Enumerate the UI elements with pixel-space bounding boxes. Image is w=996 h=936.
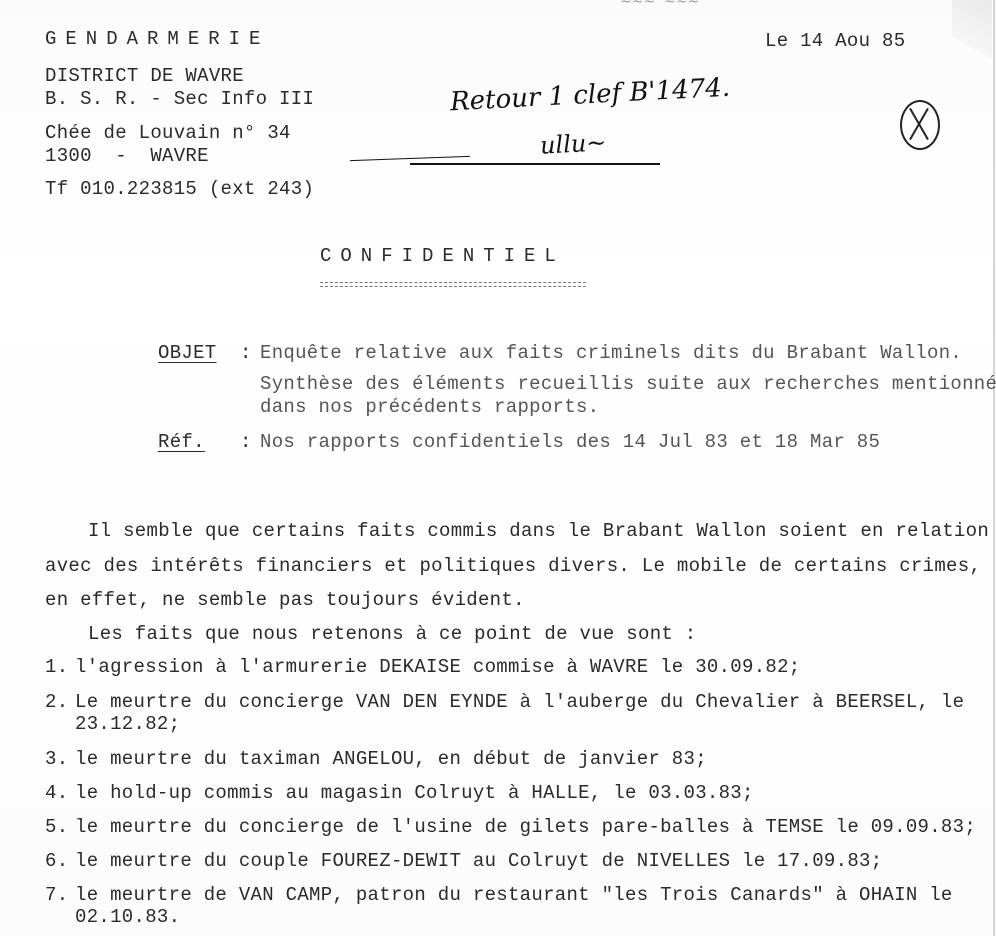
document-date: Le 14 Aou 85 [765,30,905,52]
ref-separator: : [240,431,252,453]
list-item-number: 3. [45,748,68,770]
circled-x-mark [900,100,940,150]
handwritten-note: Retour 1 clef B'1474. [449,73,730,118]
document-page: ~~~ ~~~ GENDARMERIE DISTRICT DE WAVRE B.… [0,0,996,936]
objet-line-1: Enquête relative aux faits criminels dit… [260,342,962,364]
classification-label: CONFIDENTIEL [320,245,565,267]
page-edge [993,0,995,936]
list-item-text: Le meurtre du concierge VAN DEN EYNDE à … [75,691,964,713]
list-item-number: 5. [45,816,68,838]
signature-stroke [350,156,470,161]
page-corner-fold [952,0,992,75]
list-item-text: l'agression à l'armurerie DEKAISE commis… [75,656,801,678]
pencil-note: ~~~ ~~~ [620,0,699,10]
address-city: 1300 - WAVRE [45,145,209,167]
ref-text: Nos rapports confidentiels des 14 Jul 83… [260,431,880,453]
objet-label: OBJET [158,342,217,364]
paragraph-1-line-2: avec des intérêts financiers et politiqu… [45,555,981,577]
unit-name: B. S. R. - Sec Info III [45,88,314,110]
district-name: DISTRICT DE WAVRE [45,65,244,87]
paragraph-1-line-1: Il semble que certains faits commis dans… [88,520,989,542]
list-item-text: le meurtre du taximan ANGELOU, en début … [75,748,707,770]
ref-label: Réf. [158,431,205,453]
handwritten-signature: ul​lu​~ [539,128,607,159]
list-item-number: 4. [45,782,68,804]
paragraph-2: Les faits que nous retenons à ce point d… [88,623,697,645]
address-street: Chée de Louvain n° 34 [45,122,291,144]
objet-line-2: Synthèse des éléments recueillis suite a… [260,373,996,395]
list-item-number: 1. [45,656,68,678]
list-item-text: le meurtre du concierge de l'usine de gi… [75,816,976,838]
list-item-text: le meurtre du couple FOUREZ-DEWIT au Col… [75,850,882,872]
phone-number: Tf 010.223815 (ext 243) [45,178,314,200]
paragraph-1-line-3: en effet, ne semble pas toujours évident… [45,589,525,611]
classification-rule [320,282,586,287]
list-item-text-continued: 02.10.83. [75,906,180,928]
list-item-number: 2. [45,691,68,713]
signature-underline [410,163,660,165]
list-item-number: 7. [45,884,68,906]
objet-line-3: dans nos précédents rapports. [260,396,599,418]
list-item-text: le hold-up commis au magasin Colruyt à H… [75,782,754,804]
list-item-text: le meurtre de VAN CAMP, patron du restau… [75,884,953,906]
org-name: GENDARMERIE [45,28,269,50]
list-item-text-continued: 23.12.82; [75,713,180,735]
list-item-number: 6. [45,850,68,872]
objet-separator: : [240,342,252,364]
